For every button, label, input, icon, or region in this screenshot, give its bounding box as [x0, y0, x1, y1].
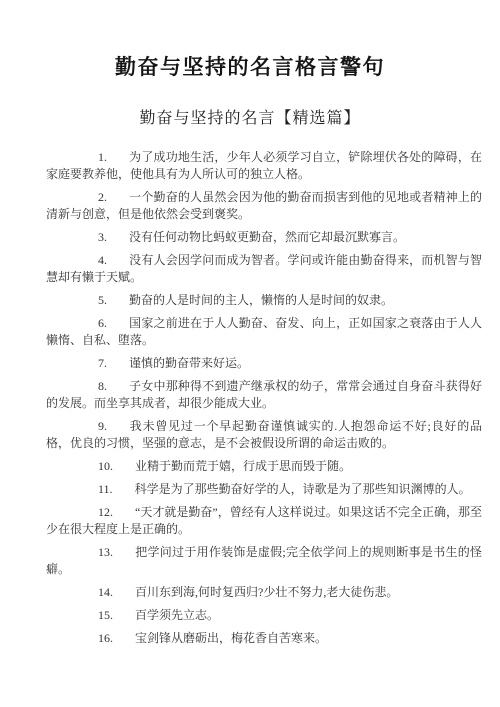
quote-text: 业精于勤而荒于嬉，行成于思而毁于随。	[135, 459, 351, 473]
quote-number: 8.	[98, 379, 129, 393]
quote-item: 11.科学是为了那些勤奋好学的人，诗歌是为了那些知识渊博的人。	[46, 481, 482, 498]
quote-item: 13.把学问过于用作装饰是虚假;完全依学问上的规则断事是书生的怪癖。	[46, 544, 482, 578]
quote-item: 1.为了成功地生活，少年人必须学习自立，铲除埋伏各处的障碍，在家庭要教养他，使他…	[46, 149, 482, 183]
quote-number: 11.	[98, 482, 135, 496]
quote-number: 1.	[98, 150, 129, 164]
quote-item: 3.没有任何动物比蚂蚁更勤奋，然而它却最沉默寡言。	[46, 229, 482, 246]
document-page: 勤奋与坚持的名言格言警句 勤奋与坚持的名言【精选篇】 1.为了成功地生活，少年人…	[0, 0, 500, 707]
quote-text: 百学须先立志。	[135, 608, 219, 622]
quote-number: 10.	[98, 459, 135, 473]
quote-text: 谨慎的勤奋带来好运。	[129, 356, 249, 370]
quote-number: 5.	[98, 293, 129, 307]
quote-item: 8.子女中那种得不到遗产继承权的幼子，常常会通过自身奋斗获得好的发展。而坐享其成…	[46, 378, 482, 412]
quote-number: 9.	[98, 419, 129, 433]
quote-item: 15.百学须先立志。	[46, 607, 482, 624]
quote-text: 科学是为了那些勤奋好学的人，诗歌是为了那些知识渊博的人。	[135, 482, 471, 496]
quote-number: 4.	[98, 253, 129, 267]
quote-number: 13.	[98, 545, 135, 559]
quote-number: 16.	[98, 631, 135, 645]
document-title: 勤奋与坚持的名言格言警句	[0, 0, 500, 82]
quote-item: 14.百川东到海,何时复西归?少壮不努力,老大徒伤悲。	[46, 584, 482, 601]
quote-item: 9.我未曾见过一个早起勤奋谨慎诚实的.人抱怨命运不好;良好的品格，优良的习惯，坚…	[46, 418, 482, 452]
quote-item: 10.业精于勤而荒于嬉，行成于思而毁于随。	[46, 458, 482, 475]
quote-item: 16.宝剑锋从磨砺出，梅花香自苦寒来。	[46, 630, 482, 647]
quote-item: 6.国家之前进在于人人勤奋、奋发、向上，正如国家之衰落由于人人懒惰、自私、堕落。	[46, 315, 482, 349]
quote-number: 7.	[98, 356, 129, 370]
quote-item: 7.谨慎的勤奋带来好运。	[46, 355, 482, 372]
quote-item: 5.勤奋的人是时间的主人，懒惰的人是时间的奴隶。	[46, 292, 482, 309]
quote-number: 2.	[98, 190, 129, 204]
quote-number: 6.	[98, 316, 129, 330]
quote-number: 12.	[98, 505, 135, 519]
quotes-list: 1.为了成功地生活，少年人必须学习自立，铲除埋伏各处的障碍，在家庭要教养他，使他…	[0, 149, 500, 647]
quote-text: 没有任何动物比蚂蚁更勤奋，然而它却最沉默寡言。	[129, 230, 405, 244]
quote-number: 14.	[98, 585, 135, 599]
quote-number: 15.	[98, 608, 135, 622]
quote-item: 2.一个勤奋的人虽然会因为他的勤奋而损害到他的见地或者精神上的清新与创意，但是他…	[46, 189, 482, 223]
quote-number: 3.	[98, 230, 129, 244]
quote-text: 勤奋的人是时间的主人，懒惰的人是时间的奴隶。	[129, 293, 393, 307]
quote-item: 12.“天才就是勤奋”，曾经有人这样说过。如果这话不完全正确，那至少在很大程度上…	[46, 504, 482, 538]
section-subtitle: 勤奋与坚持的名言【精选篇】	[0, 108, 500, 130]
quote-text: 百川东到海,何时复西归?少壮不努力,老大徒伤悲。	[135, 585, 398, 599]
quote-text: 宝剑锋从磨砺出，梅花香自苦寒来。	[135, 631, 327, 645]
quote-item: 4.没有人会因学问而成为智者。学问或许能由勤奋得来，而机智与智慧却有懒于天赋。	[46, 252, 482, 286]
